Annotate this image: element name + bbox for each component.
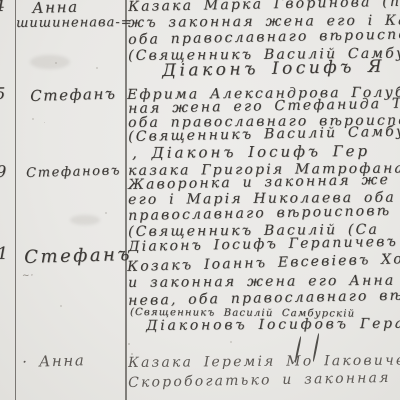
entry-1-text-line: Казака Марка Гворинова (пи [128,0,400,14]
entry-5-name: · Анна [22,353,86,370]
ink-dot [131,353,133,355]
entry-4-text-line: нева, оба православнаго вѣро [128,288,400,308]
entry-5-text-line: Скоробогатько и законная ж [128,370,400,390]
entry-1-text-line: оба православнаго вѣроиспов [128,27,400,47]
paper-speck [32,118,34,120]
entry-number: 4 [0,0,7,15]
entry-3-clergy-line: Діаконъ Іосифъ Герапичевъ [128,235,398,254]
paper-speck [44,122,45,123]
entry-1-surname: шишиненава-= [16,16,133,30]
entry-number: 1 [0,246,10,263]
entry-2-name: Стефанъ [30,87,117,104]
entry-number: 5 [0,86,8,102]
entry-4-text-line: и законная жена его Анна Лав [128,273,400,290]
entry-4-text-line: Козакъ Іоаннъ Евсевіевъ Холод [127,251,400,274]
entry-number: 9 [0,164,9,180]
entry-3-name: Стефановъ [26,164,121,180]
entry-4-clergy-line: Діаконовъ Іосифовъ Герапана [146,316,400,333]
entry-1-name: Анна [32,0,79,16]
paper-smudge [30,55,70,69]
column-rule-left [15,0,16,400]
paper-speck [230,341,232,343]
paper-speck [96,67,98,69]
entry-4-name: Стефанъ [24,246,132,267]
entry-3-text-line: православнаго вѣроисповѣ [128,204,391,223]
column-rule-main [125,0,127,400]
paper-smudge [70,215,100,225]
paper-speck [60,305,62,307]
ink-dot [128,343,130,345]
entry-1-clergy-line: Діаконъ Іосифъ Я [162,59,385,80]
entry-4-margin-marks: ~· [22,272,34,281]
entry-5-text-line: Казака Іеремія Мо Іаковиче [128,354,400,370]
entry-2-clergy-line: , Діаконъ Іосифъ Гер [132,144,370,161]
paper-speck [105,212,107,214]
register-scan-page: 4 5 9 1 Анна шишиненава-= Казака Марка Г… [0,0,400,400]
